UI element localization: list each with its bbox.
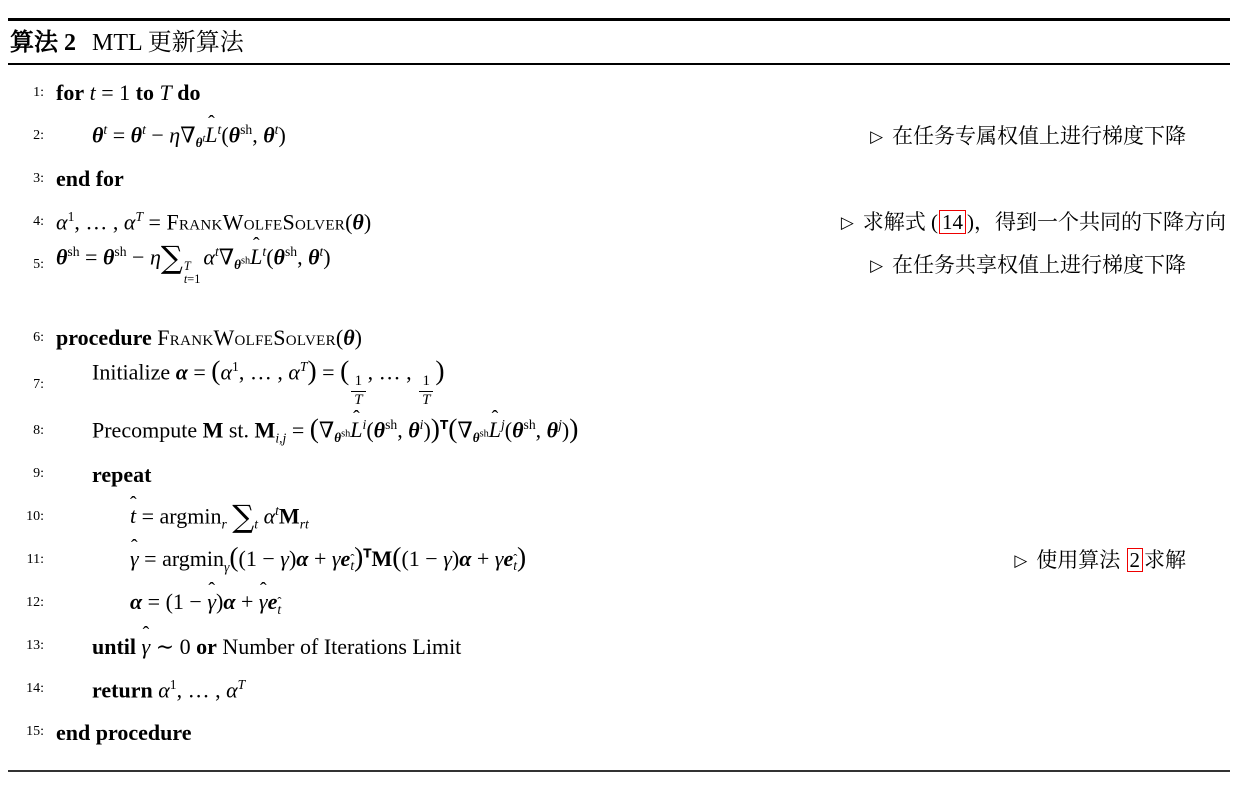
line-code: θt = θt − η∇θtLt(θsh, θt) bbox=[56, 122, 286, 150]
line-code: Precompute M st. Mi,j = (∇θshLi(θsh, θi)… bbox=[56, 417, 578, 446]
line-comment: ▷在任务共享权值上进行梯度下降 bbox=[870, 253, 1230, 277]
algo-line: 15:end procedure bbox=[8, 711, 1230, 754]
algo-line: 1:for t = 1 to T do bbox=[8, 71, 1230, 114]
algo-line: 3:end for bbox=[8, 157, 1230, 200]
algo-line: 11:γ = argminγ((1 − γ)α + γet)TM((1 − γ)… bbox=[8, 539, 1230, 582]
line-number: 10: bbox=[8, 509, 44, 525]
line-comment: ▷在任务专属权值上进行梯度下降 bbox=[870, 124, 1230, 148]
algo-line: 14:return α1, … , αT bbox=[8, 668, 1230, 711]
bottom-rule bbox=[8, 770, 1230, 772]
algo-line: 2:θt = θt − η∇θtLt(θsh, θt)▷在任务专属权值上进行梯度… bbox=[8, 114, 1230, 157]
line-number: 15: bbox=[8, 724, 44, 740]
algo-line: 7:Initialize α = (α1, … , αT) = (1T, … ,… bbox=[8, 359, 1230, 409]
algo-line: 4:α1, … , αT = FrankWolfeSolver(θ)▷求解式 (… bbox=[8, 200, 1230, 243]
algorithm-2-reference-link[interactable]: 2 bbox=[1127, 548, 1144, 572]
line-code: α1, … , αT = FrankWolfeSolver(θ) bbox=[56, 209, 371, 235]
algo-line: 13:until γ ∼ 0 or Number of Iterations L… bbox=[8, 625, 1230, 668]
line-code: until γ ∼ 0 or Number of Iterations Limi… bbox=[56, 634, 461, 659]
line-code: return α1, … , αT bbox=[56, 677, 245, 703]
line-code: repeat bbox=[56, 462, 151, 487]
algo-line: 6:procedure FrankWolfeSolver(θ) bbox=[8, 316, 1230, 359]
algorithm-body: 1:for t = 1 to T do2:θt = θt − η∇θtLt(θs… bbox=[8, 65, 1230, 769]
algo-line: 5:θsh = θsh − η∑Tt=1αt∇θshLt(θsh, θt)▷在任… bbox=[8, 243, 1230, 286]
comment-triangle-icon: ▷ bbox=[841, 212, 854, 232]
line-number: 3: bbox=[8, 171, 44, 187]
line-code: Initialize α = (α1, … , αT) = (1T, … , 1… bbox=[56, 359, 445, 409]
line-number: 7: bbox=[8, 377, 44, 393]
algo-line: 9:repeat bbox=[8, 453, 1230, 496]
line-code: γ = argminγ((1 − γ)α + γet)TM((1 − γ)α +… bbox=[56, 546, 526, 575]
line-number: 13: bbox=[8, 638, 44, 654]
line-number: 1: bbox=[8, 85, 44, 101]
line-code: for t = 1 to T do bbox=[56, 80, 200, 105]
algorithm-label: 算法 2 bbox=[10, 30, 76, 56]
algorithm-block: 算法 2MTL 更新算法 1:for t = 1 to T do2:θt = θ… bbox=[8, 18, 1230, 772]
algo-line: 8:Precompute M st. Mi,j = (∇θshLi(θsh, θ… bbox=[8, 410, 1230, 453]
comment-triangle-icon: ▷ bbox=[1014, 550, 1027, 570]
line-number: 8: bbox=[8, 423, 44, 439]
line-code: θsh = θsh − η∑Tt=1αt∇θshLt(θsh, θt) bbox=[56, 244, 331, 286]
algorithm-title: MTL 更新算法 bbox=[92, 30, 244, 56]
line-code: t = argminr ∑t αtMrt bbox=[56, 503, 309, 532]
comment-triangle-icon: ▷ bbox=[870, 255, 883, 275]
line-number: 11: bbox=[8, 552, 44, 568]
page: 算法 2MTL 更新算法 1:for t = 1 to T do2:θt = θ… bbox=[0, 0, 1238, 792]
line-code: end procedure bbox=[56, 720, 191, 745]
algorithm-header: 算法 2MTL 更新算法 bbox=[8, 21, 1230, 63]
line-number: 6: bbox=[8, 330, 44, 346]
line-number: 14: bbox=[8, 681, 44, 697]
line-number: 5: bbox=[8, 257, 44, 273]
line-code: end for bbox=[56, 166, 124, 191]
line-number: 4: bbox=[8, 214, 44, 230]
line-number: 12: bbox=[8, 595, 44, 611]
algo-line: 10:t = argminr ∑t αtMrt bbox=[8, 496, 1230, 539]
line-code: α = (1 − γ)α + γet bbox=[56, 589, 281, 617]
comment-triangle-icon: ▷ bbox=[870, 126, 883, 146]
algo-line: 12:α = (1 − γ)α + γet bbox=[8, 582, 1230, 625]
line-number: 2: bbox=[8, 128, 44, 144]
eq-14-reference-link[interactable]: 14 bbox=[939, 210, 966, 234]
line-code: procedure FrankWolfeSolver(θ) bbox=[56, 325, 362, 350]
line-number: 9: bbox=[8, 466, 44, 482]
line-comment: ▷求解式 (14)，得到一个共同的下降方向 bbox=[841, 210, 1230, 234]
line-comment: ▷使用算法 2求解 bbox=[1014, 548, 1230, 572]
